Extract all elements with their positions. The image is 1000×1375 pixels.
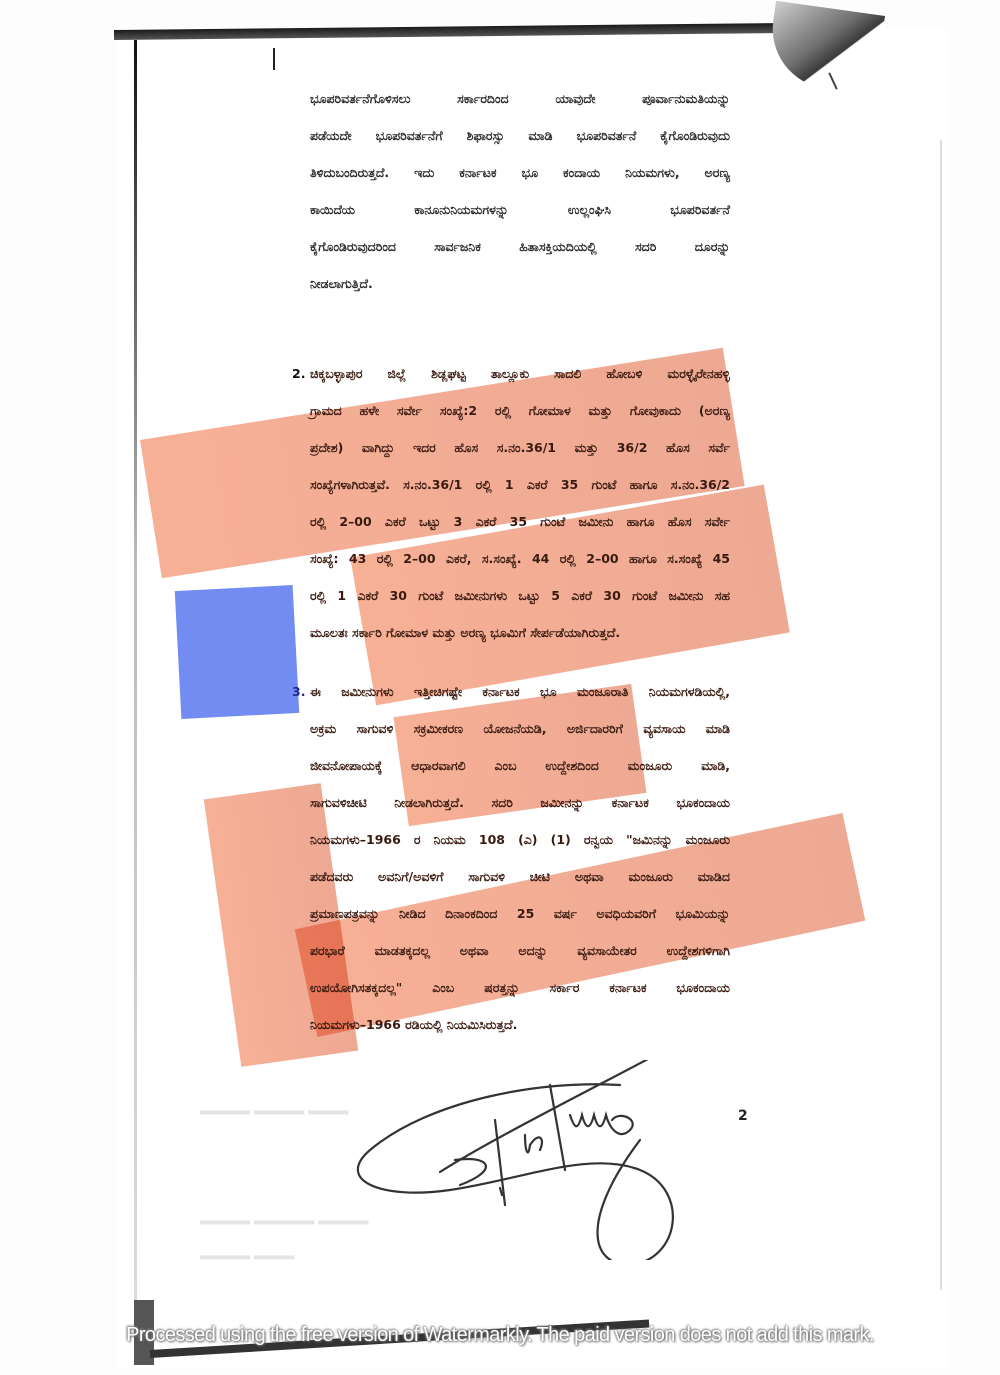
page-number: 2: [738, 1108, 748, 1124]
paragraph-3: 3. ಈ ಜಮೀನುಗಳು ಇತ್ತೀಚಿಗಷ್ಟೇ ಕರ್ನಾಟಕ ಭೂ ಮಂ…: [310, 673, 730, 1043]
text-line: ಜೀವನೋಪಾಯಕ್ಕೆ ಆಧಾರವಾಗಲಿ ಎಂಬ ಉದ್ದೇಶದಿಂದ ಮಂ…: [310, 747, 730, 784]
text-line: ಕೈಗೊಂಡಿರುವುದರಿಂದ ಸಾರ್ವಜನಿಕ ಹಿತಾಸಕ್ತಿಯದಿಯ…: [310, 228, 730, 265]
text-line: ನೀಡಲಾಗುತ್ತಿದೆ.: [310, 265, 730, 302]
page-right-edge: [940, 140, 942, 1290]
text-line: ಸಂಖ್ಯೆಗಳಾಗಿರುತ್ತವೆ. ಸ.ನಂ.36/1 ರಲ್ಲಿ 1 ಎಕ…: [310, 466, 730, 503]
text-line: ಸಾಗುವಳಿಚೀಟಿ ನೀಡಲಾಗಿರುತ್ತದೆ. ಸದರಿ ಜಮೀನನ್ನ…: [310, 784, 730, 821]
watermark-text: Processed using the free version of Wate…: [0, 1324, 1000, 1347]
text-line: ಉಪಯೋಗಿಸತಕ್ಕದಲ್ಲ" ಎಂಬ ಷರತ್ತನ್ನು ಸರ್ಕಾರ ಕರ…: [310, 969, 730, 1006]
text-line: ಭೂಪರಿವರ್ತನೆಗೊಳಿಸಲು ಸರ್ಕಾರದಿಂದ ಯಾವುದೇ ಪೂರ…: [310, 80, 730, 117]
text-line: ಗ್ರಾಮದ ಹಳೇ ಸರ್ವೇ ಸಂಖ್ಯೆ:2 ರಲ್ಲಿ ಗೋಮಾಳ ಮತ…: [310, 392, 730, 429]
text-line: ಚಿಕ್ಕಬಳ್ಳಾಪುರ ಜಿಲ್ಲೆ ಶಿಡ್ಲಘಟ್ಟ ತಾಲ್ಲೂಕು …: [310, 355, 730, 392]
text-line: ಈ ಜಮೀನುಗಳು ಇತ್ತೀಚಿಗಷ್ಟೇ ಕರ್ನಾಟಕ ಭೂ ಮಂಜೂರ…: [310, 673, 730, 710]
text-line: ಪಡೆದವರು ಅವನಿಗೆ/ಅವಳಿಗೆ ಸಾಗುವಳಿ ಚೀಟಿ ಅಥವಾ …: [310, 858, 730, 895]
text-line: ರಲ್ಲಿ 1 ಎಕರೆ 30 ಗುಂಟೆ ಜಮೀನುಗಳು ಒಟ್ಟು 5 ಎ…: [310, 577, 730, 614]
text-line: ನಿಯಮಗಳು–1966 ರಡಿಯಲ್ಲಿ ನಿಯಮಿಸಿರುತ್ತದೆ.: [310, 1006, 730, 1043]
text-line: ಸಂಖ್ಯೆ: 43 ರಲ್ಲಿ 2–00 ಎಕರೆ, ಸ.ಸಂಖ್ಯೆ. 44…: [310, 540, 730, 577]
text-line: ಪ್ರಮಾಣಪತ್ರವನ್ನು ನೀಡಿದ ದಿನಾಂಕದಿಂದ 25 ವರ್ಷ…: [310, 895, 730, 932]
text-line: ರಲ್ಲಿ 2–00 ಎಕರೆ ಒಟ್ಟು 3 ಎಕರೆ 35 ಗುಂಟೆ ಜಮ…: [310, 503, 730, 540]
text-line: ಅಕ್ರಮ ಸಾಗುವಳಿ ಸಕ್ರಮೀಕರಣ ಯೋಜನೆಯಡಿ, ಅರ್ಜಿದ…: [310, 710, 730, 747]
text-line: ಮೂಲತಃ ಸರ್ಕಾರಿ ಗೋಮಾಳ ಮತ್ತು ಅರಣ್ಯ ಭೂಮಿಗೆ ಸ…: [310, 614, 730, 651]
bleed-through-text: ▂▂▂▂▂ ▂▂▂▂: [200, 1245, 294, 1260]
text-line: ನಿಯಮಗಳು–1966 ರ ನಿಯಮ 108 (ಎ) (1) ರನ್ವಯ "ಜ…: [310, 821, 730, 858]
text-line: ಪಡೆಯದೇ ಭೂಪರಿವರ್ತನೆಗೆ ಶಿಫಾರಸ್ಸು ಮಾಡಿ ಭೂಪರ…: [310, 117, 730, 154]
paragraph-2: 2. ಚಿಕ್ಕಬಳ್ಳಾಪುರ ಜಿಲ್ಲೆ ಶಿಡ್ಲಘಟ್ಟ ತಾಲ್ಲೂ…: [310, 355, 730, 651]
paragraph-number: 3.: [292, 673, 305, 710]
paragraph-1: ಭೂಪರಿವರ್ತನೆಗೊಳಿಸಲು ಸರ್ಕಾರದಿಂದ ಯಾವುದೇ ಪೂರ…: [310, 80, 730, 302]
text-line: ಪ್ರದೇಶ) ವಾಗಿದ್ದು ಇದರ ಹೊಸ ಸ.ನಂ.36/1 ಮತ್ತು…: [310, 429, 730, 466]
blue-overlay-square: [175, 585, 300, 719]
text-line: ಪರಭಾರೆ ಮಾಡತಕ್ಕದಲ್ಲ ಅಥವಾ ಅದನ್ನು ವ್ಯವಸಾಯೇತ…: [310, 932, 730, 969]
page-left-margin-line: [134, 40, 137, 1340]
handwritten-signature: [340, 1060, 760, 1260]
text-line: ತಿಳಿದುಬಂದಿರುತ್ತದೆ. ಇದು ಕರ್ನಾಟಕ ಭೂ ಕಂದಾಯ …: [310, 154, 730, 191]
bleed-through-text: ▂▂▂▂▂ ▂▂▂▂▂ ▂▂▂▂: [200, 1100, 348, 1115]
scan-mark: [273, 48, 275, 70]
text-line: ಕಾಯಿದೆಯ ಕಾನೂನುನಿಯಮಗಳನ್ನು ಉಲ್ಲಂಘಿಸಿ ಭೂಪರಿ…: [310, 191, 730, 228]
paragraph-number: 2.: [292, 355, 305, 392]
